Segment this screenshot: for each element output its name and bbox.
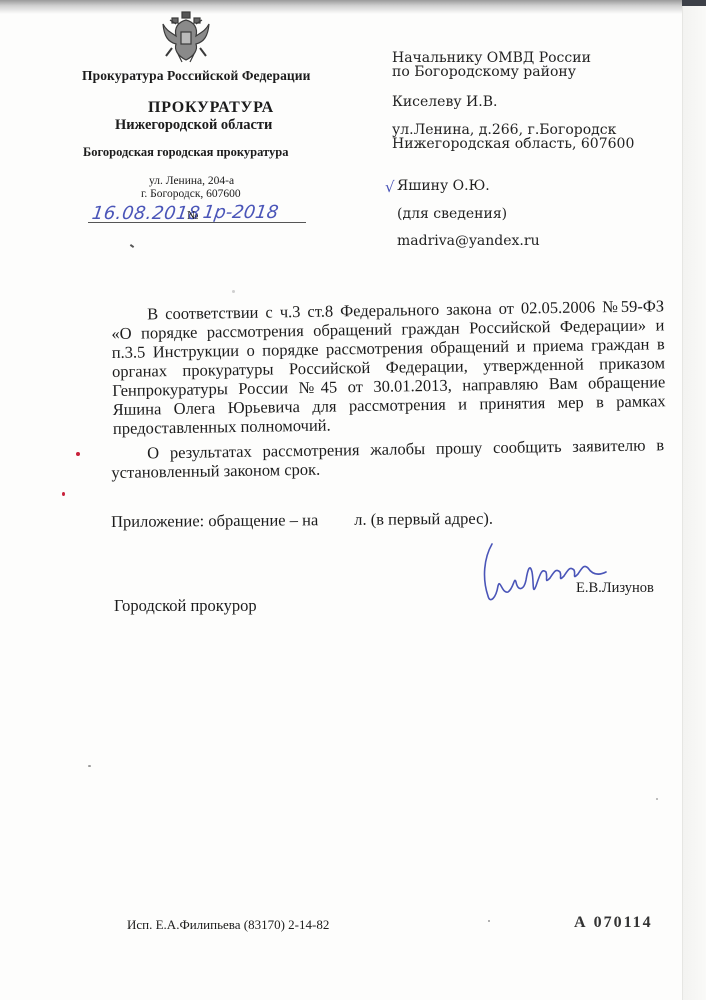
body-paragraph-2: О результатах рассмотрения жалобы прошу … — [111, 435, 665, 482]
attachment-note: Приложение: обращение – нал. (в первый а… — [111, 509, 493, 532]
form-serial-number: А070114 — [574, 914, 653, 932]
recipient-address-line2: Нижегородская область, 607600 — [392, 136, 634, 152]
red-ink-speck — [62, 492, 65, 496]
attachment-suffix: л. (в первый адрес). — [354, 509, 493, 529]
signer-position: Городской прокурор — [114, 596, 257, 616]
scan-top-shadow — [0, 0, 706, 14]
scan-dust — [656, 798, 658, 800]
handwritten-date: 16.08.2018 — [91, 203, 202, 224]
red-ink-speck — [76, 452, 80, 456]
secondary-recipient-email: madriva@yandex.ru — [397, 233, 540, 249]
scan-right-edge — [682, 0, 706, 1000]
scan-dust — [488, 920, 490, 922]
serial-digits: 070114 — [594, 914, 653, 931]
attachment-prefix: Приложение: обращение – на — [111, 510, 318, 531]
org-main-title: ПРОКУРАТУРА — [148, 99, 274, 117]
recipient-title-line2: по Богородскому району — [392, 64, 576, 80]
org-top-title: Прокуратура Российской Федерации — [82, 68, 311, 84]
stray-mark — [130, 244, 134, 248]
secondary-recipient-name: Яшину О.Ю. — [397, 178, 490, 194]
org-address-city: г. Богородск, 607600 — [141, 188, 241, 200]
handwritten-outgoing-number: 1р-2018 — [202, 202, 280, 223]
org-region: Нижегородской области — [115, 117, 272, 134]
handwritten-signature — [478, 538, 608, 608]
coat-of-arms-icon — [160, 10, 212, 64]
scan-right-edge-top — [682, 0, 706, 6]
org-city-office: Богородская городская прокуратура — [83, 145, 288, 160]
secondary-recipient-note: (для сведения) — [397, 206, 507, 222]
signer-name: Е.В.Лизунов — [576, 580, 654, 597]
date-number-underline — [88, 222, 306, 223]
scan-dust — [232, 290, 235, 293]
executor-contact: Исп. Е.А.Филипьева (83170) 2-14-82 — [127, 917, 329, 933]
body-paragraph-1: В соответствии с ч.3 ст.8 Федерального з… — [111, 296, 666, 438]
scan-dust — [88, 765, 91, 767]
checkmark-icon: √ — [385, 178, 395, 196]
org-address-street: ул. Ленина, 204-а — [149, 175, 234, 187]
number-label: № — [187, 208, 198, 223]
serial-prefix: А — [574, 914, 586, 931]
recipient-name: Киселеву И.В. — [392, 94, 497, 110]
